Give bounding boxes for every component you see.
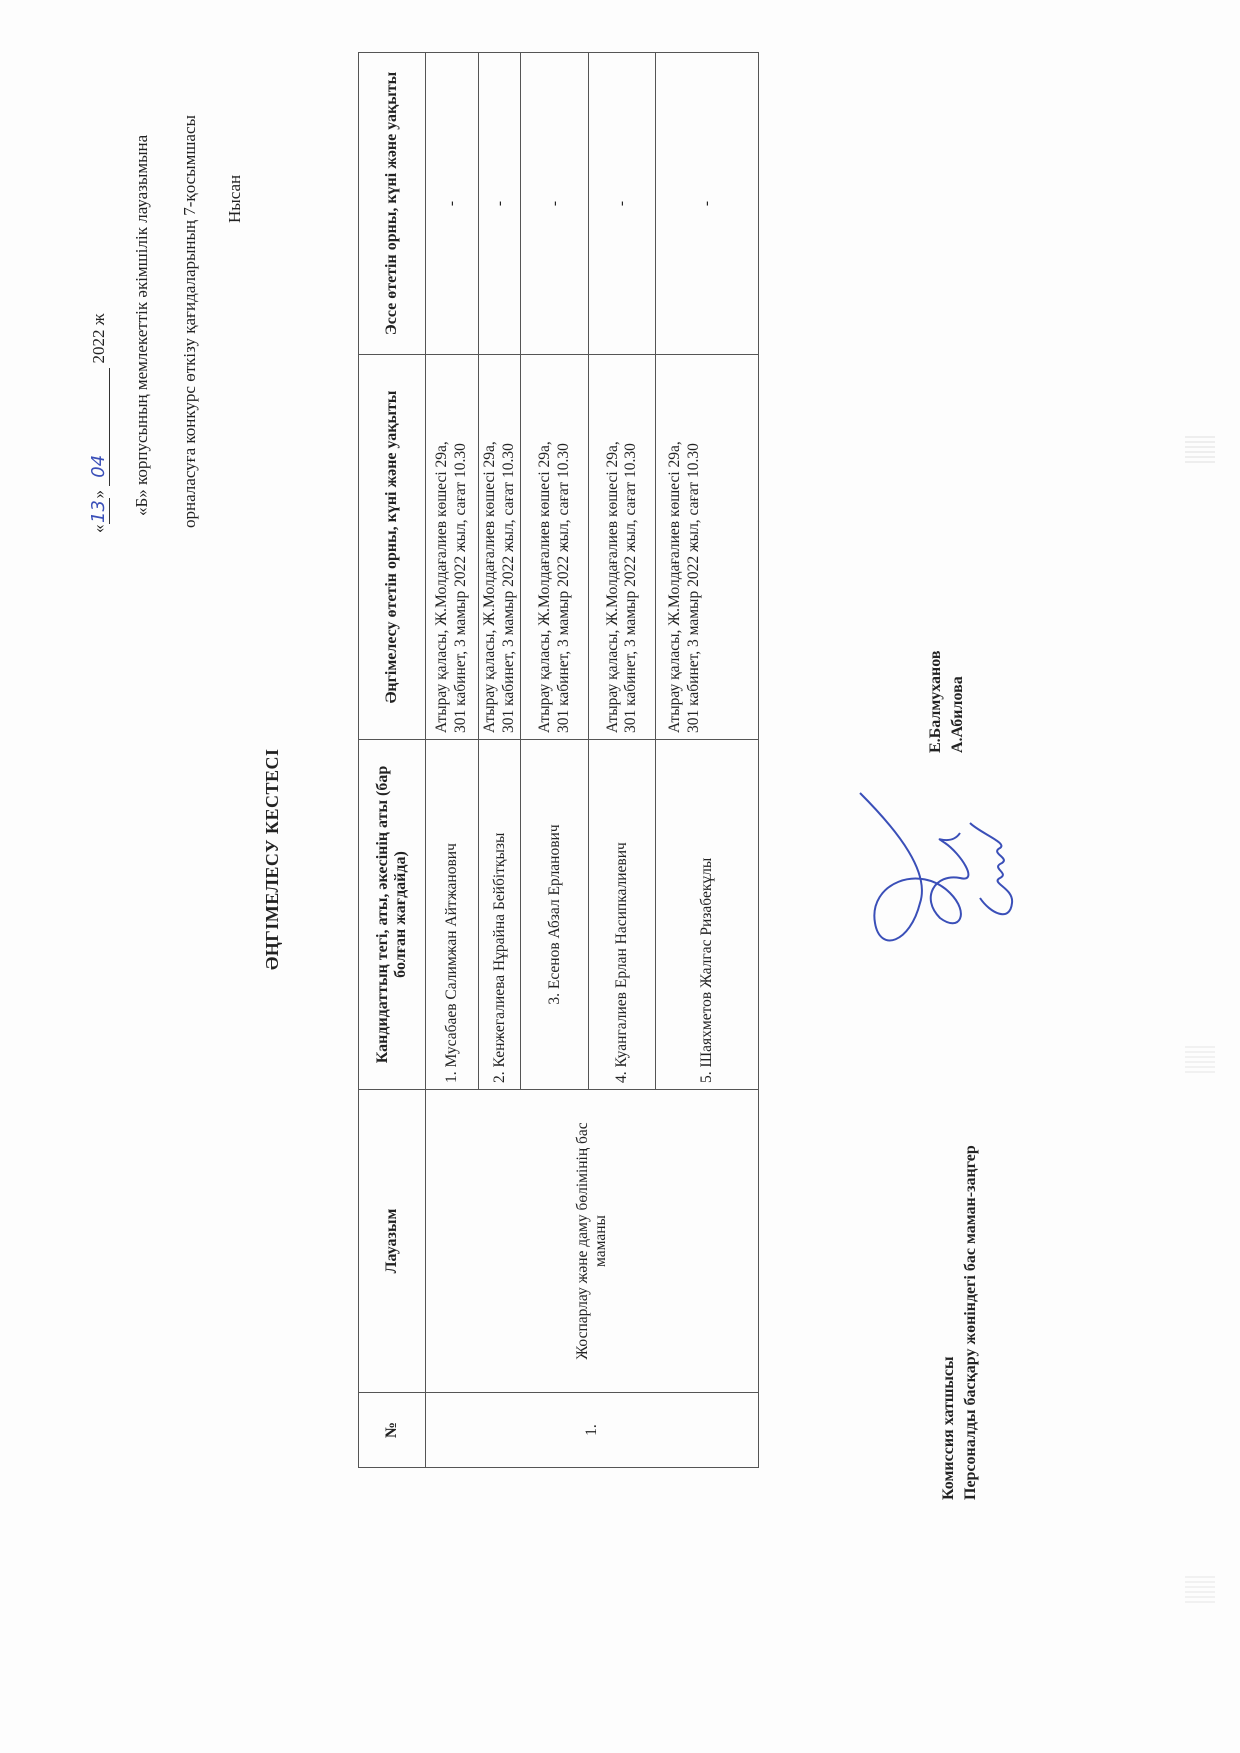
- essay-location-cell: -: [521, 53, 589, 355]
- scan-artifact: [1185, 433, 1215, 463]
- form-label: Нысан: [225, 175, 245, 223]
- interview-location-cell: Атырау қаласы, Ж.Молдағалиев көшесі 29а,…: [589, 355, 656, 740]
- table-row: 1. Жоспарлау және даму бөлімінің бас мам…: [426, 53, 479, 1468]
- essay-location-cell: -: [479, 53, 521, 355]
- signatory-names: Е.Балмуханов А.Абилова: [925, 650, 968, 753]
- role-commission-secretary: Комиссия хатшысы: [938, 1145, 960, 1500]
- candidate-cell: 2. Кенжегалиева Нұрайна Бейбітқызы: [479, 740, 521, 1090]
- interview-location-cell: Атырау қаласы, Ж.Молдағалиев көшесі 29а,…: [656, 355, 759, 740]
- candidate-cell: 4. Куангалиев Ерлан Насипкалиевич: [589, 740, 656, 1090]
- interview-schedule-table: № Лауазым Кандидаттың тегі, аты, әкесіні…: [358, 52, 759, 1468]
- document-title: ӘҢГІМЕЛЕСУ КЕСТЕСІ: [262, 749, 283, 970]
- candidate-cell: 3. Есенов Абзал Ерланович: [521, 740, 589, 1090]
- essay-location-cell: -: [656, 53, 759, 355]
- position-cell: Жоспарлау және даму бөлімінің бас маманы: [426, 1090, 759, 1393]
- column-header-number: №: [359, 1393, 426, 1468]
- essay-location-cell: -: [589, 53, 656, 355]
- table-header-row: № Лауазым Кандидаттың тегі, аты, әкесіні…: [359, 53, 426, 1468]
- candidate-cell: 1. Мусабаев Салимжан Айтжанович: [426, 740, 479, 1090]
- column-header-essay-location: Эссе өтетін орны, күні және уақыты: [359, 53, 426, 355]
- date-quote-close: »: [89, 490, 108, 499]
- date-year: 2022 ж: [89, 314, 108, 364]
- interview-location-cell: Атырау қаласы, Ж.Молдағалиев көшесі 29а,…: [479, 355, 521, 740]
- column-header-interview-location: Әңгімелесу өтетін орны, күні және уақыты: [359, 355, 426, 740]
- scan-artifact: [1185, 1573, 1215, 1603]
- header-line-2: орналасуға конкурс өткізу қағидаларының …: [180, 115, 200, 528]
- column-header-position: Лауазым: [359, 1090, 426, 1393]
- candidate-cell: 5. Шаяхметов Жалгас Ризабекұлы: [656, 740, 759, 1090]
- date-day-handwritten: 13: [88, 499, 110, 525]
- header-line-1: «Б» корпусының мемлекеттік әкімшілік лау…: [132, 135, 152, 516]
- interview-location-cell: Атырау қаласы, Ж.Молдағалиев көшесі 29а,…: [521, 355, 589, 740]
- column-header-candidate: Кандидаттың тегі, аты, әкесінің аты (бар…: [359, 740, 426, 1090]
- name-abilova: А.Абилова: [947, 650, 969, 753]
- essay-location-cell: -: [426, 53, 479, 355]
- interview-location-cell: Атырау қаласы, Ж.Молдағалиев көшесі 29а,…: [426, 355, 479, 740]
- scan-artifact: [1185, 1043, 1215, 1073]
- date-quote-open: «: [89, 525, 108, 534]
- name-balmukhanov: Е.Балмуханов: [925, 650, 947, 753]
- role-hr-specialist: Персоналды басқару жөніндегі бас маман-з…: [960, 1145, 982, 1500]
- signatory-roles: Комиссия хатшысы Персоналды басқару жөні…: [938, 1145, 981, 1500]
- document-date: «13» 04 2022 ж: [88, 314, 110, 534]
- document-page: «13» 04 2022 ж «Б» корпусының мемлекетті…: [0, 0, 1240, 1753]
- handwritten-signature: [840, 733, 1040, 993]
- group-number-cell: 1.: [426, 1393, 759, 1468]
- date-month-handwritten: 04: [88, 368, 110, 486]
